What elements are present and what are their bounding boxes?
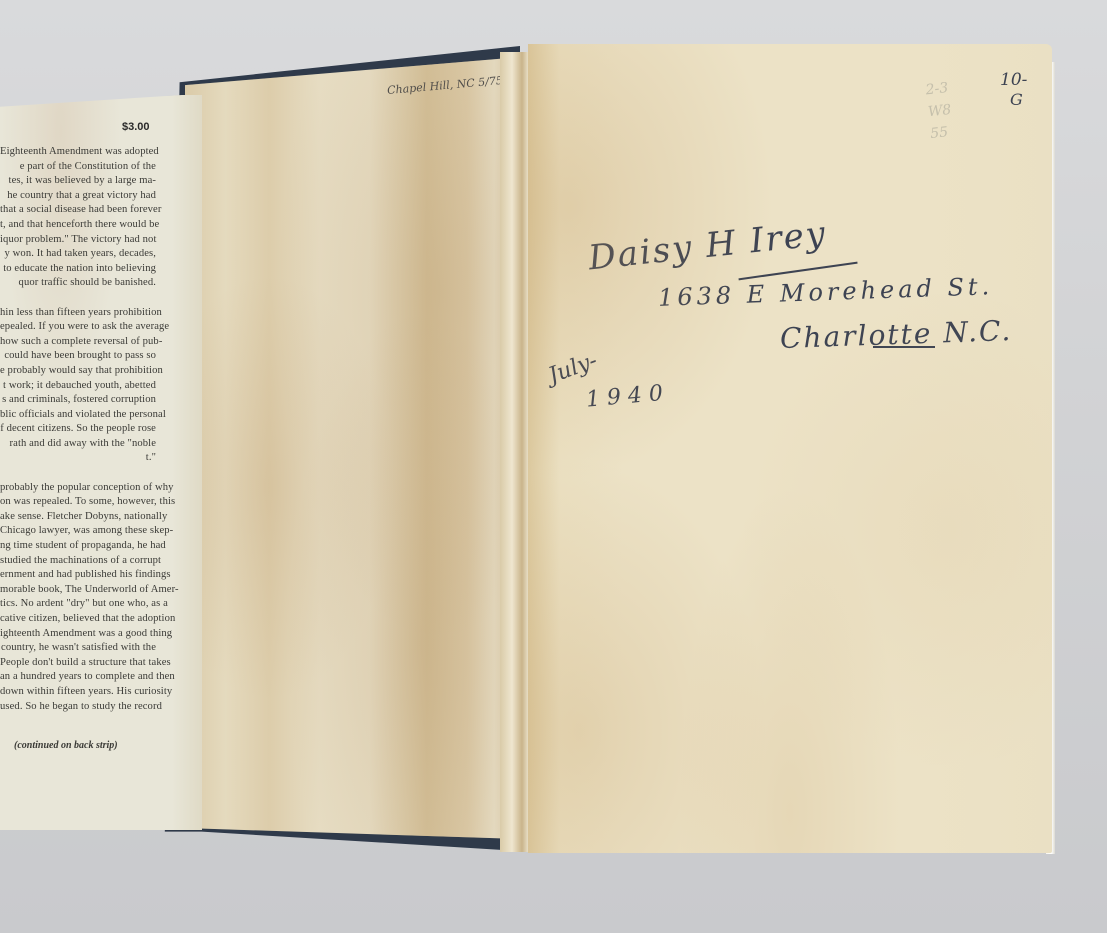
inscription-city: Charlotte N.C. — [779, 314, 1012, 355]
flyleaf-page: 10- G 2-3W855 Daisy H Irey 1638 E Morehe… — [528, 44, 1052, 853]
erased-pencil-marks: 2-3W855 — [925, 77, 955, 145]
corner-code-line2: G — [1010, 90, 1023, 109]
continued-note: (continued on back strip) — [14, 740, 118, 751]
dust-jacket-flap: $3.00 Eighteenth Amendment was adopted e… — [0, 95, 202, 830]
city-underline — [873, 346, 935, 348]
inscription-street: 1638 E Morehead St. — [658, 272, 994, 312]
inside-cover-endpaper: Chapel Hill, NC 5/75 — [185, 57, 521, 839]
inscription-year: 1940 — [585, 380, 671, 412]
pencil-location-note: Chapel Hill, NC 5/75 — [387, 74, 504, 97]
inscription-month: July- — [545, 348, 600, 389]
jacket-flap-blurb: Eighteenth Amendment was adopted e part … — [0, 145, 156, 714]
corner-code-line1: 10- — [1000, 70, 1027, 90]
jacket-price: $3.00 — [122, 121, 150, 133]
photo-scene: Chapel Hill, NC 5/75 10- G 2-3W855 Daisy… — [0, 0, 1107, 933]
inscription-name: Daisy H Irey — [587, 214, 829, 279]
